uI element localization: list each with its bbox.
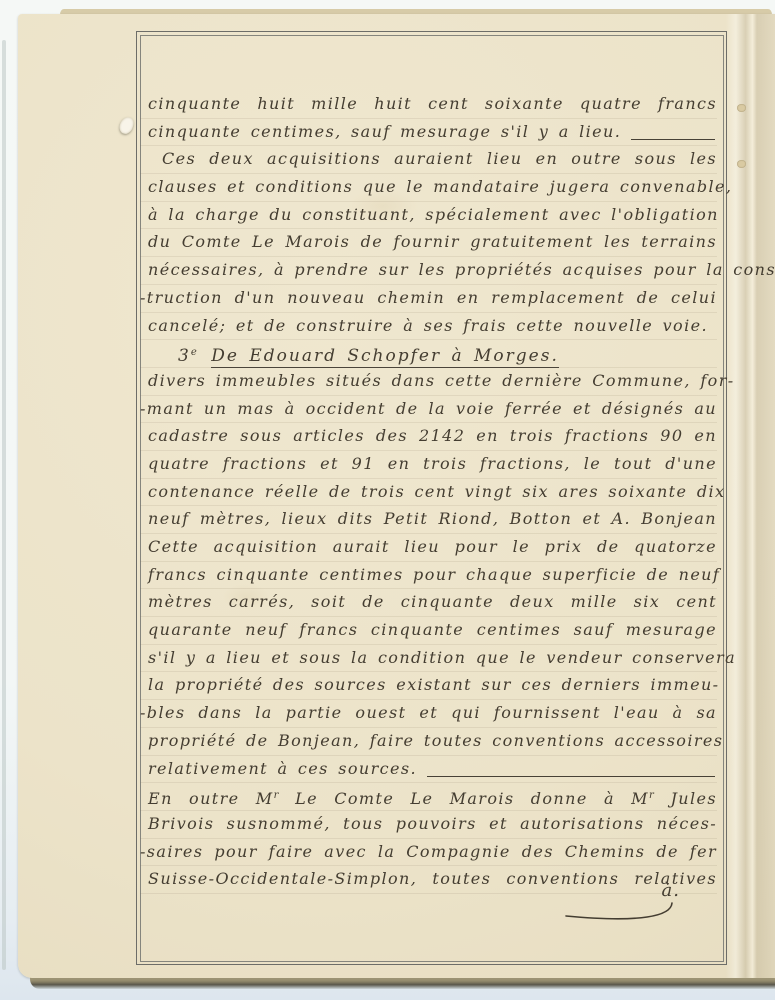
manuscript-text-part: quatre fractions et 91 en trois fraction… <box>148 454 717 473</box>
manuscript-text-part: Cette acquisition aurait lieu pour le pr… <box>148 537 717 556</box>
manuscript-line: nécessaires, à prendre sur les propriété… <box>140 256 717 284</box>
manuscript-text-part: à la charge du constituant, spécialement… <box>148 205 719 224</box>
manuscript-line: Ces deux acquisitions auraient lieu en o… <box>140 145 717 173</box>
manuscript-text-part: s'il y a lieu et sous la condition que l… <box>148 648 736 667</box>
manuscript-line: cinquante huit mille huit cent soixante … <box>140 90 717 118</box>
manuscript-line: relativement à ces sources. <box>140 755 717 783</box>
manuscript-line: quarante neuf francs cinquante centimes … <box>140 616 717 644</box>
manuscript-line: contenance réelle de trois cent vingt si… <box>140 478 717 506</box>
right-fold-crease <box>726 14 775 978</box>
manuscript-text-part: 3 <box>178 346 191 366</box>
manuscript-line: la propriété des sources existant sur ce… <box>140 671 717 699</box>
manuscript-line: francs cinquante centimes pour chaque su… <box>140 561 717 589</box>
manuscript-text-part: clauses et conditions que le mandataire … <box>148 177 732 196</box>
adjacent-page-edge <box>2 40 6 970</box>
filler-rule <box>631 139 715 141</box>
manuscript-text-part: nécessaires, à prendre sur les propriété… <box>148 260 775 279</box>
manuscript-text-part: francs cinquante centimes pour chaque su… <box>148 565 720 584</box>
manuscript-line: divers immeubles situés dans cette derni… <box>140 367 717 395</box>
manuscript-line: -mant un mas à occident de la voie ferré… <box>140 395 717 423</box>
manuscript-text-part: Ces deux acquisitions auraient lieu en o… <box>162 149 717 168</box>
manuscript-text-part: -truction d'un nouveau chemin en remplac… <box>140 288 717 307</box>
manuscript-text-part: Jules <box>654 789 717 808</box>
manuscript-text-part: cadastre sous articles des 2142 en trois… <box>148 426 717 445</box>
manuscript-line: 3eDe Edouard Schopfer à Morges. <box>140 339 717 367</box>
manuscript-line: neuf mètres, lieux dits Petit Riond, Bot… <box>140 505 717 533</box>
manuscript-line: propriété de Bonjean, faire toutes conve… <box>140 727 717 755</box>
manuscript-text-part: contenance réelle de trois cent vingt si… <box>148 482 725 501</box>
manuscript-text-part: De Edouard Schopfer à Morges. <box>211 346 559 368</box>
catchword: à. <box>545 880 680 901</box>
manuscript-text-part: du Comte Le Marois de fournir gratuiteme… <box>148 232 717 251</box>
catchword-text: à. <box>662 880 680 901</box>
manuscript-text-part: quarante neuf francs cinquante centimes … <box>148 620 717 639</box>
filler-rule <box>427 776 715 778</box>
manuscript-line: -saires pour faire avec la Compagnie des… <box>140 838 717 866</box>
manuscript-text-part: -mant un mas à occident de la voie ferré… <box>140 399 717 418</box>
manuscript-line: Brivois susnommé, tous pouvoirs et autor… <box>140 810 717 838</box>
manuscript-text-part: propriété de Bonjean, faire toutes conve… <box>148 731 723 750</box>
manuscript-text-part: divers immeubles situés dans cette derni… <box>148 371 735 390</box>
manuscript-text-part: -saires pour faire avec la Compagnie des… <box>140 842 717 861</box>
manuscript-text-part: relativement à ces sources. <box>148 755 417 783</box>
manuscript-line: -truction d'un nouveau chemin en remplac… <box>140 284 717 312</box>
manuscript-text-part: cinquante centimes, sauf mesurage s'il y… <box>148 118 621 146</box>
binding-stitch-bottom <box>737 160 746 168</box>
manuscript-line: s'il y a lieu et sous la condition que l… <box>140 644 717 672</box>
manuscript-text: cinquante huit mille huit cent soixante … <box>140 90 717 893</box>
manuscript-text-part: cancelé; et de construire à ses frais ce… <box>148 312 708 340</box>
manuscript-text-part: -bles dans la partie ouest et qui fourni… <box>140 703 717 722</box>
manuscript-line: cadastre sous articles des 2142 en trois… <box>140 422 717 450</box>
manuscript-text-part: e <box>191 347 197 358</box>
manuscript-text-part: Le Comte Le Marois donne à M <box>279 789 649 808</box>
manuscript-line: cinquante centimes, sauf mesurage s'il y… <box>140 118 717 146</box>
manuscript-line: Cette acquisition aurait lieu pour le pr… <box>140 533 717 561</box>
manuscript-line: clauses et conditions que le mandataire … <box>140 173 717 201</box>
manuscript-text-part: la propriété des sources existant sur ce… <box>148 675 719 694</box>
manuscript-text-part: En outre M <box>148 789 274 808</box>
scanner-background: cinquante huit mille huit cent soixante … <box>0 0 775 1000</box>
manuscript-text-part: cinquante huit mille huit cent soixante … <box>148 94 717 113</box>
manuscript-text-part: Brivois susnommé, tous pouvoirs et autor… <box>148 814 717 833</box>
manuscript-line: mètres carrés, soit de cinquante deux mi… <box>140 588 717 616</box>
manuscript-line: En outre Mr Le Comte Le Marois donne à M… <box>140 782 717 810</box>
manuscript-text-part: mètres carrés, soit de cinquante deux mi… <box>148 592 717 611</box>
manuscript-line: quatre fractions et 91 en trois fraction… <box>140 450 717 478</box>
manuscript-line: -bles dans la partie ouest et qui fourni… <box>140 699 717 727</box>
manuscript-line: du Comte Le Marois de fournir gratuiteme… <box>140 228 717 256</box>
manuscript-line: à la charge du constituant, spécialement… <box>140 201 717 229</box>
pen-flourish <box>558 900 678 926</box>
binding-stitch-top <box>737 104 746 112</box>
manuscript-line: cancelé; et de construire à ses frais ce… <box>140 312 717 340</box>
manuscript-text-part: neuf mètres, lieux dits Petit Riond, Bot… <box>148 509 717 528</box>
